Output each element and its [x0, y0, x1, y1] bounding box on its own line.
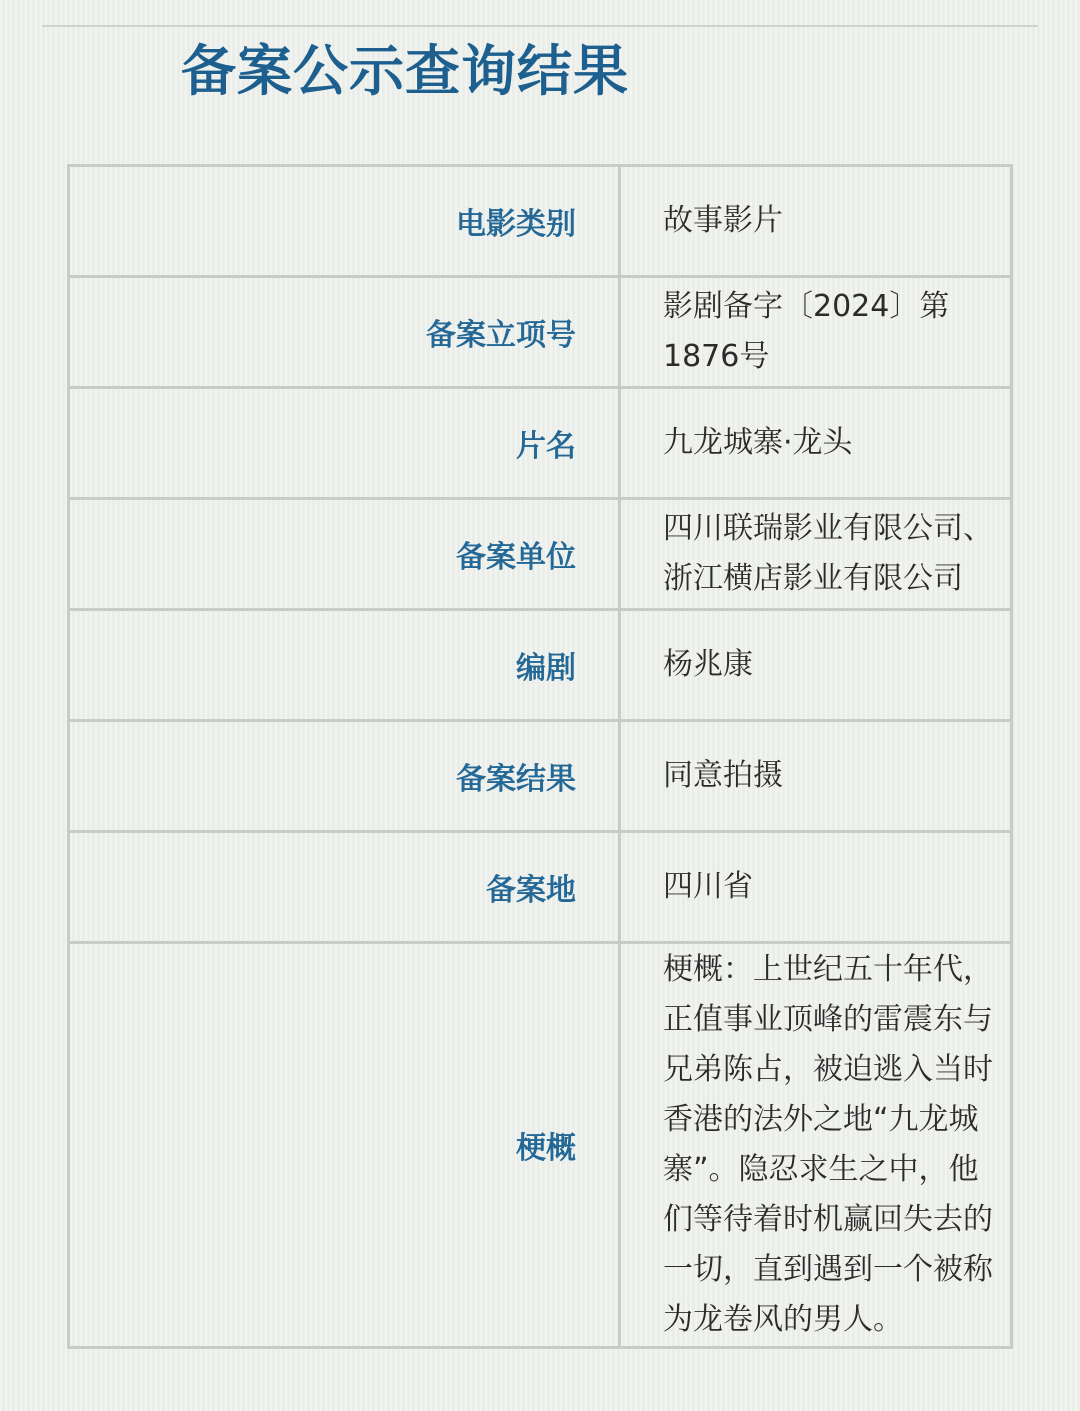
- top-divider: [42, 25, 1038, 27]
- row-label: 片名: [69, 388, 620, 499]
- table-row: 编剧 杨兆康: [69, 610, 1012, 721]
- row-label: 编剧: [69, 610, 620, 721]
- table-row: 电影类别 故事影片: [69, 166, 1012, 277]
- table-row: 备案立项号 影剧备字〔2024〕第1876号: [69, 277, 1012, 388]
- row-value: 四川省: [620, 832, 1012, 943]
- row-label: 备案地: [69, 832, 620, 943]
- row-label: 备案单位: [69, 499, 620, 610]
- table-row: 梗概 梗概：上世纪五十年代，正值事业顶峰的雷震东与兄弟陈占，被迫逃入当时香港的法…: [69, 943, 1012, 1348]
- row-value: 同意拍摄: [620, 721, 1012, 832]
- row-value: 九龙城寨·龙头: [620, 388, 1012, 499]
- table-row: 片名 九龙城寨·龙头: [69, 388, 1012, 499]
- row-value: 影剧备字〔2024〕第1876号: [620, 277, 1012, 388]
- filing-result-table: 电影类别 故事影片 备案立项号 影剧备字〔2024〕第1876号 片名 九龙城寨…: [67, 164, 1013, 1349]
- table-row: 备案单位 四川联瑞影业有限公司、浙江横店影业有限公司: [69, 499, 1012, 610]
- page-title: 备案公示查询结果: [181, 34, 629, 108]
- row-value: 故事影片: [620, 166, 1012, 277]
- table-row: 备案地 四川省: [69, 832, 1012, 943]
- table-row: 备案结果 同意拍摄: [69, 721, 1012, 832]
- row-value: 四川联瑞影业有限公司、浙江横店影业有限公司: [620, 499, 1012, 610]
- row-label: 梗概: [69, 943, 620, 1348]
- row-label: 备案立项号: [69, 277, 620, 388]
- row-value: 梗概：上世纪五十年代，正值事业顶峰的雷震东与兄弟陈占，被迫逃入当时香港的法外之地…: [620, 943, 1012, 1348]
- row-label: 电影类别: [69, 166, 620, 277]
- row-value: 杨兆康: [620, 610, 1012, 721]
- row-label: 备案结果: [69, 721, 620, 832]
